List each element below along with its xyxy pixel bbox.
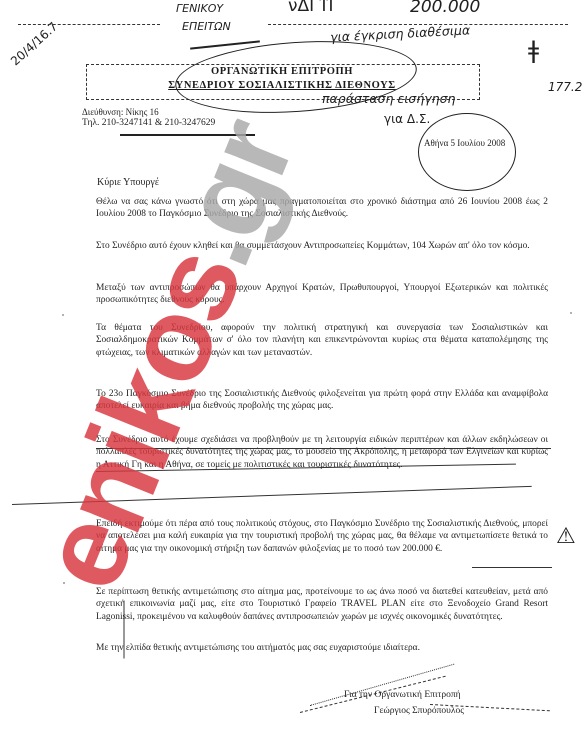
paragraph-3: Μεταξύ των αντιπροσώπων θα υπάρχουν Αρχη… [96,282,548,307]
amount-underline [472,567,552,568]
hand-drawn-circle [418,113,516,191]
paragraph-5: Το 23ο Παγκόσμιο Συνέδριο της Σοσιαλιστι… [96,388,548,413]
handwritten-note-epeiton: ΕΠΕΙΤΩΝ [182,20,231,33]
handwritten-ref-number: νΔΙ ΊΊ [288,0,333,16]
handwritten-right-margin-number: 177.2 [548,80,582,94]
handwritten-margin-arrow: ⚠ [556,524,576,549]
handwritten-initials-mark: ǂ [528,36,539,64]
handwritten-note-geniko: ΓΕΝΙΚΟΥ [176,2,223,15]
address: Διεύθυνση: Νίκης 16 [82,107,159,117]
place-date: Αθήνα 5 Ιουλίου 2008 [424,138,505,148]
paragraph-1: Θέλω να σας κάνω γνωστό ότι στη χώρα μας… [96,196,548,221]
phone-numbers: Τηλ. 210-3247141 & 210-3247629 [82,118,215,128]
scan-speck [63,582,65,584]
scan-speck [62,314,64,316]
paragraph-2: Στο Συνέδριο αυτό έχουν κληθεί και θα συ… [96,240,548,252]
handwritten-underline [12,486,532,505]
salutation: Κύριε Υπουργέ [97,177,159,188]
signature-name: Γεώργιος Σπυρόπουλος [374,706,464,716]
paragraph-6: Στο Συνέδριο αυτό έχουμε σχεδιάσει να πρ… [96,434,548,471]
handwritten-amount: 200.000 [410,0,480,17]
scan-line [18,24,160,25]
signature-committee: Για την Οργανωτική Επιτροπή [344,690,461,700]
handwritten-underline [96,448,551,449]
scan-line [268,24,568,25]
scanned-letter: ΓΕΝΙΚΟΥ ΕΠΕΙΤΩΝ νΔΙ ΊΊ 200.000 για έγκρι… [0,0,588,746]
handwritten-recommendation: παράσταση εισήγηση [322,91,455,106]
paragraph-8: Σε περίπτωση θετικής αντιμετώπισης στο α… [96,586,548,623]
paragraph-9: Με την ελπίδα θετικής αντιμετώπισης του … [96,642,548,654]
handwritten-underline [120,134,255,136]
paragraph-7: Επειδή εκτιμούμε ότι πέρα από τους πολιτ… [96,518,548,555]
watermark-domain: .gr [145,104,319,282]
handwritten-board-note: για Δ.Σ. [384,112,430,126]
paragraph-4: Τα θέματα του Συνεδρίου, αφορούν την πολ… [96,322,548,359]
handwritten-left-margin-date: 20/4/16.7 [8,19,60,68]
scan-speck [570,312,572,314]
